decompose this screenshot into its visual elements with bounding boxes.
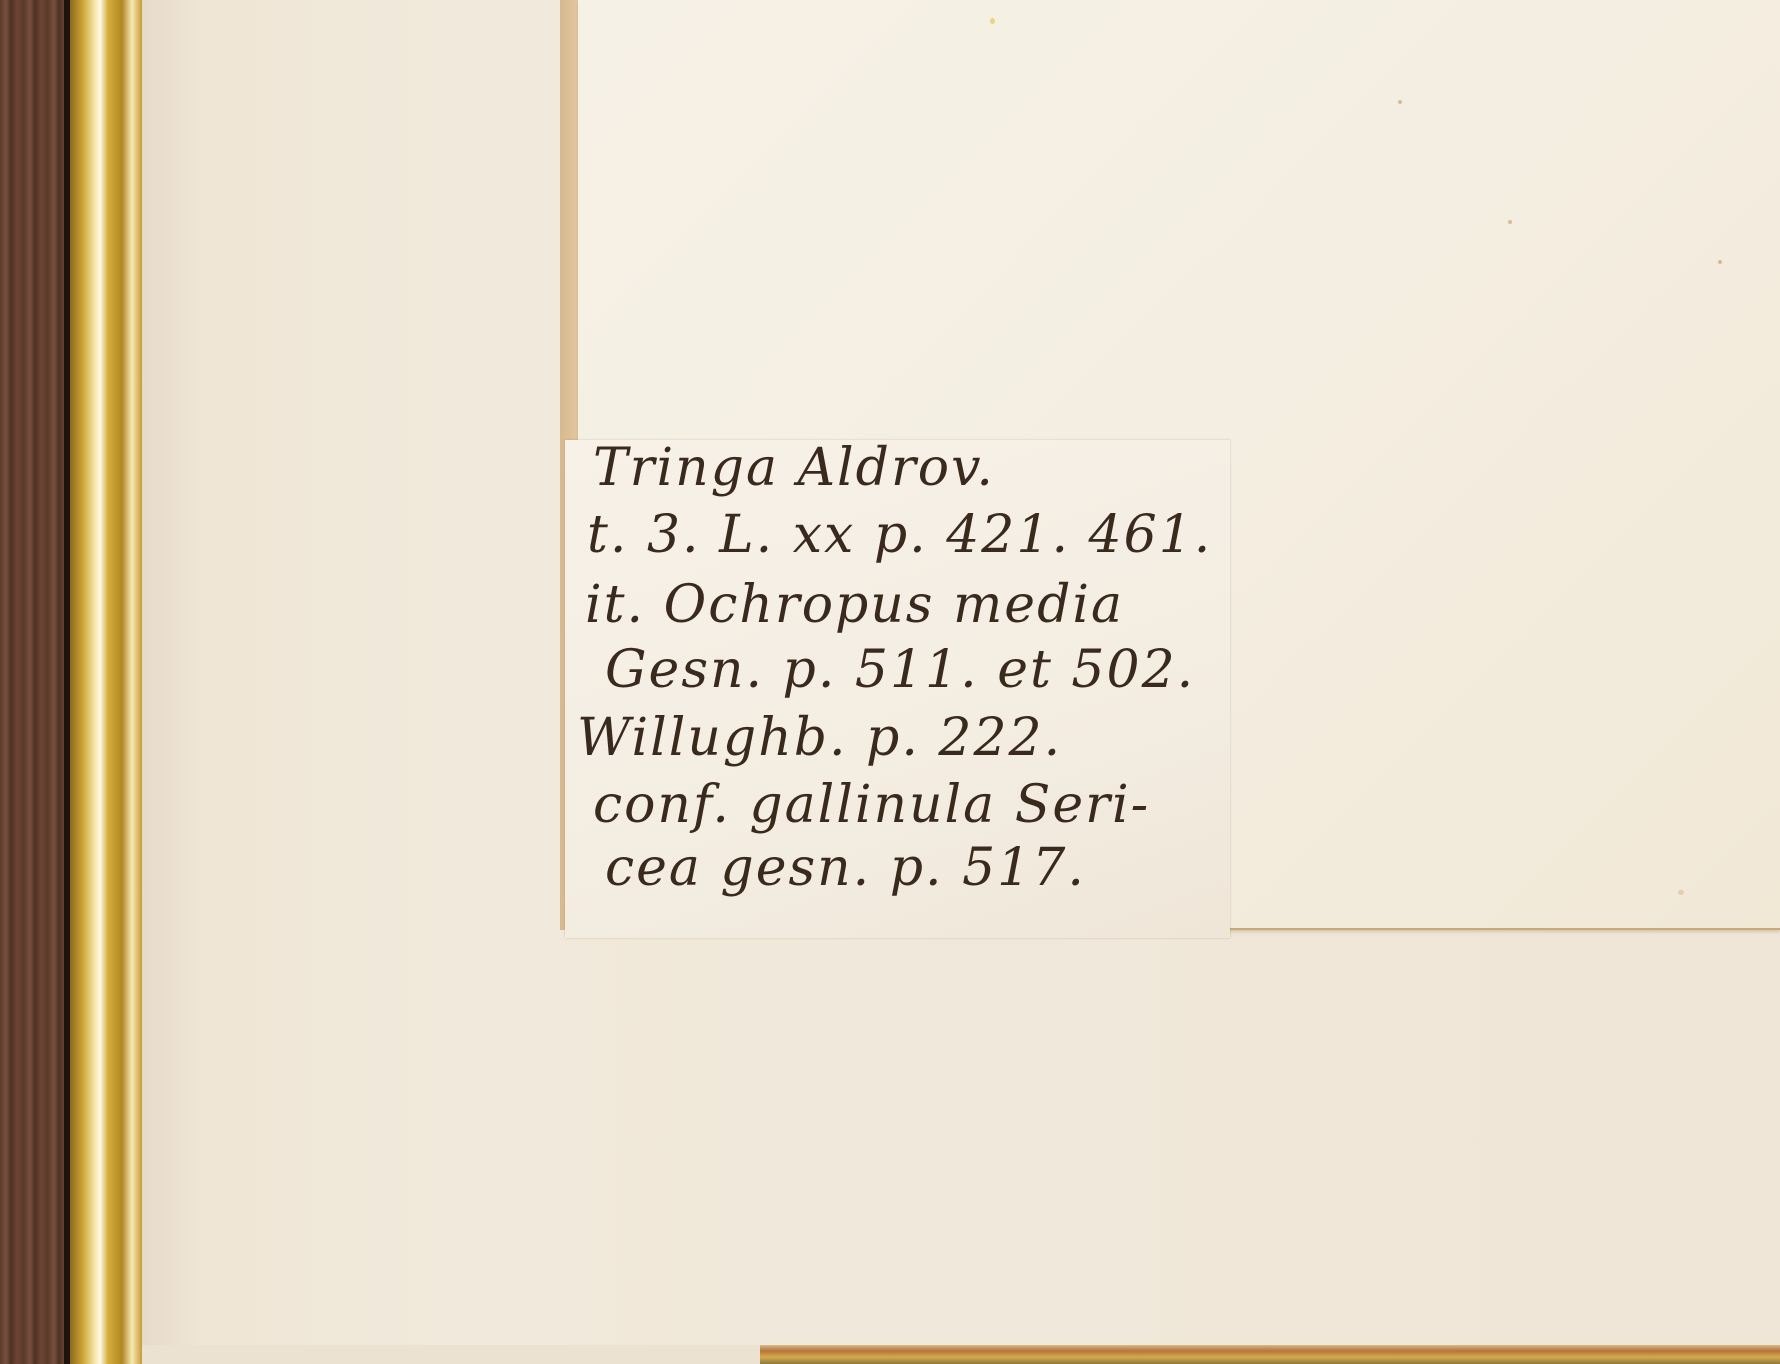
foxing-spot — [1678, 890, 1684, 895]
label-line-6: conf. gallinula Seri- — [593, 775, 1150, 835]
foxing-spot — [1398, 100, 1402, 104]
label-line-7: cea gesn. p. 517. — [605, 838, 1086, 898]
label-line-5: Willughb. p. 222. — [577, 708, 1062, 768]
label-line-3: it. Ochropus media — [585, 575, 1124, 635]
label-line-4: Gesn. p. 511. et 502. — [605, 640, 1195, 700]
gold-fillet — [70, 0, 142, 1364]
foxing-spot — [990, 18, 995, 24]
foxing-spot — [1508, 220, 1512, 224]
wooden-frame — [0, 0, 70, 1364]
label-line-2: t. 3. L. xx p. 421. 461. — [587, 505, 1212, 565]
label-line-1: Tringa Aldrov. — [593, 438, 995, 498]
specimen-label: Tringa Aldrov. t. 3. L. xx p. 421. 461. … — [565, 440, 1230, 938]
foxing-spot — [1718, 260, 1722, 264]
gold-fillet-bottom — [760, 1345, 1780, 1364]
